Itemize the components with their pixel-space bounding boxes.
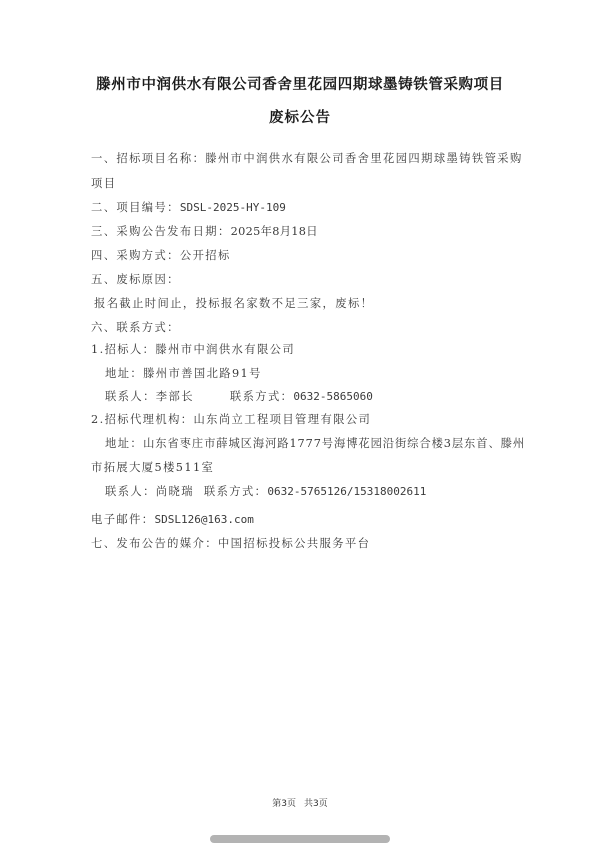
address-label: 地址：: [105, 437, 143, 450]
email-label: 电子邮件：: [91, 513, 155, 526]
section-label: 二、项目编号：: [91, 201, 180, 214]
page-current: 第3页: [272, 799, 296, 809]
page-indicator: 第3页共3页: [0, 796, 600, 809]
section-label: 一、招标项目名称：: [91, 152, 205, 165]
section-cancel-reason: 五、废标原因：: [91, 273, 180, 287]
tenderer-contact: 李部长: [156, 390, 194, 403]
cancel-reason-text: 报名截止时间止，投标报名家数不足三家，废标！: [94, 297, 373, 311]
tenderer-address-row: 地址：滕州市善国北路91号: [105, 367, 262, 381]
agency-name: 山东尚立工程项目管理有限公司: [193, 413, 371, 426]
home-indicator-bar[interactable]: [210, 835, 390, 843]
tenderer-contact-row: 联系人：李部长联系方式：0632-5865060: [105, 390, 373, 404]
section-project-name: 一、招标项目名称：滕州市中润供水有限公司香舍里花园四期球墨铸铁管采购: [91, 152, 523, 166]
tenderer-address: 滕州市善国北路91号: [143, 367, 262, 380]
section-procurement-method: 四、采购方式：公开招标: [91, 249, 231, 263]
agency-label: 2.招标代理机构：: [91, 413, 193, 426]
email-value: SDSL126@163.com: [155, 513, 254, 526]
section-label: 七、发布公告的媒介：: [91, 537, 218, 550]
agency-contact: 尚晓瑞: [156, 485, 194, 498]
section-publish-media: 七、发布公告的媒介：中国招标投标公共服务平台: [91, 537, 370, 551]
procurement-method-value: 公开招标: [180, 249, 231, 262]
section-label: 三、采购公告发布日期：: [91, 225, 231, 238]
agency-phone: 0632-5765126/15318002611: [267, 485, 426, 498]
contact-label: 联系人：: [105, 390, 156, 403]
contact-label: 联系人：: [105, 485, 156, 498]
project-number-value: SDSL-2025-HY-109: [180, 201, 286, 214]
address-label: 地址：: [105, 367, 143, 380]
tenderer-label: 1.招标人：: [91, 343, 155, 356]
phone-label: 联系方式：: [204, 485, 268, 498]
phone-label: 联系方式：: [230, 390, 294, 403]
page-total: 共3页: [304, 799, 328, 809]
agency-address-cont: 市拓展大厦5楼511室: [91, 461, 214, 475]
section-label: 四、采购方式：: [91, 249, 180, 262]
section-project-name-cont: 项目: [91, 177, 116, 191]
document-title-line1: 滕州市中润供水有限公司香舍里花园四期球墨铸铁管采购项目: [0, 73, 600, 94]
tenderer-name: 滕州市中润供水有限公司: [155, 343, 295, 356]
tenderer-row: 1.招标人：滕州市中润供水有限公司: [91, 343, 295, 357]
section-publish-date: 三、采购公告发布日期：2025年8月18日: [91, 225, 318, 239]
project-name-value: 滕州市中润供水有限公司香舍里花园四期球墨铸铁管采购: [205, 152, 522, 165]
agency-row: 2.招标代理机构：山东尚立工程项目管理有限公司: [91, 413, 371, 427]
section-project-number: 二、项目编号：SDSL-2025-HY-109: [91, 201, 286, 215]
publish-media-value: 中国招标投标公共服务平台: [218, 537, 370, 550]
email-row: 电子邮件：SDSL126@163.com: [91, 513, 254, 527]
document-page: 滕州市中润供水有限公司香舍里花园四期球墨铸铁管采购项目 废标公告 一、招标项目名…: [0, 0, 600, 853]
agency-address-row: 地址：山东省枣庄市薛城区海河路1777号海博花园沿街综合楼3层东首、滕州: [105, 437, 525, 451]
agency-contact-row: 联系人：尚晓瑞联系方式：0632-5765126/15318002611: [105, 485, 426, 499]
document-title-line2: 废标公告: [0, 106, 600, 127]
section-contact: 六、联系方式：: [91, 321, 180, 335]
agency-address: 山东省枣庄市薛城区海河路1777号海博花园沿街综合楼3层东首、滕州: [143, 437, 525, 450]
tenderer-phone: 0632-5865060: [293, 390, 372, 403]
publish-date-value: 2025年8月18日: [231, 225, 318, 238]
